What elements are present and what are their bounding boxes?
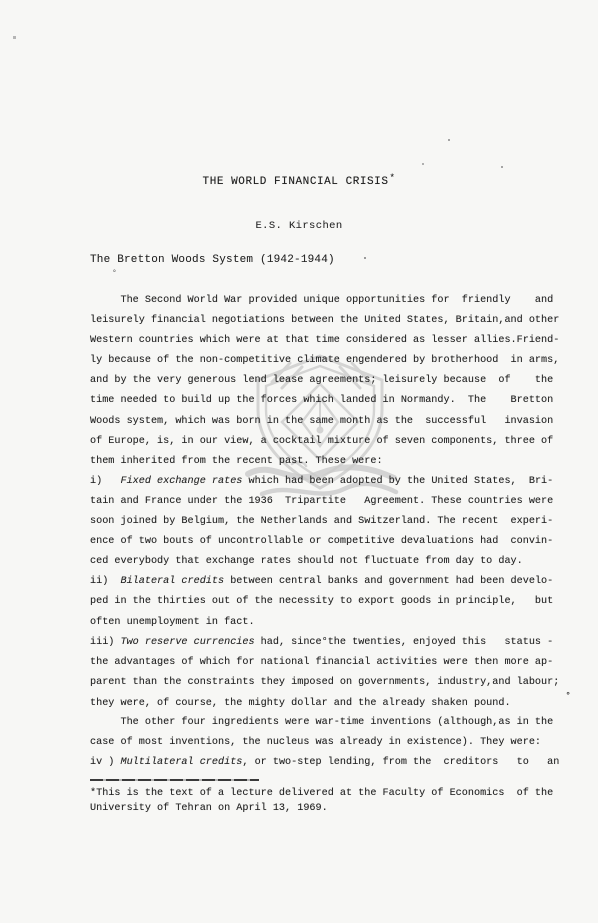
text-line: ence of two bouts of uncontrollable or c… xyxy=(90,532,576,552)
scan-speck xyxy=(364,257,366,259)
body-text: The Second World War provided unique opp… xyxy=(90,291,576,773)
scan-speck xyxy=(448,139,450,141)
text-line: ced everybody that exchange rates should… xyxy=(90,552,576,572)
footnote: *This is the text of a lecture delivered… xyxy=(90,786,576,817)
text-line: tain and France under the 1936 Tripartit… xyxy=(90,492,576,512)
text-line: case of most inventions, the nucleus was… xyxy=(90,733,576,753)
text-line: ly because of the non-competitive climat… xyxy=(90,351,576,371)
text-line: often unemployment in fact. xyxy=(90,613,576,633)
text-line: of Europe, is, in our view, a cocktail m… xyxy=(90,432,576,452)
text-line: them inherited from the recent past. The… xyxy=(90,452,576,472)
text-line: The other four ingredients were war-time… xyxy=(90,713,576,733)
paper-title-text: THE WORLD FINANCIAL CRISIS xyxy=(203,176,389,188)
text-line: iv ) Multilateral credits, or two-step l… xyxy=(90,753,576,773)
footnote-line: *This is the text of a lecture delivered… xyxy=(90,786,576,801)
text-line: the advantages of which for national fin… xyxy=(90,653,576,673)
text-line: parent than the constraints they imposed… xyxy=(90,673,576,693)
scan-speck xyxy=(501,166,503,168)
footnote-divider-rule xyxy=(90,779,259,781)
text-line: i) Fixed exchange rates which had been a… xyxy=(90,472,576,492)
scan-speck xyxy=(422,163,424,165)
text-line: they were, of course, the mighty dollar … xyxy=(90,693,576,713)
text-line: ii) Bilateral credits between central ba… xyxy=(90,572,576,592)
text-line: leisurely financial negotiations between… xyxy=(90,311,576,331)
author-name: E.S. Kirschen xyxy=(0,220,598,232)
footnote-line: University of Tehran on April 13, 1969. xyxy=(90,801,576,816)
text-line: Woods system, which was born in the same… xyxy=(90,412,576,432)
text-line: ped in the thirties out of the necessity… xyxy=(90,592,576,612)
scanned-document-page: THE WORLD FINANCIAL CRISIS* E.S. Kirsche… xyxy=(0,0,598,923)
text-line: The Second World War provided unique opp… xyxy=(90,291,576,311)
text-line: time needed to build up the forces which… xyxy=(90,391,576,411)
text-line: Western countries which were at that tim… xyxy=(90,331,576,351)
footnote-asterisk-marker: * xyxy=(389,173,395,183)
paper-title: THE WORLD FINANCIAL CRISIS* xyxy=(0,176,598,188)
section-heading: The Bretton Woods System (1942-1944) xyxy=(90,254,335,266)
text-line: and by the very generous lend lease agre… xyxy=(90,371,576,391)
stray-typed-mark: ° xyxy=(112,269,117,278)
text-line: iii) Two reserve currencies had, since°t… xyxy=(90,633,576,653)
text-line: soon joined by Belgium, the Netherlands … xyxy=(90,512,576,532)
scan-speck xyxy=(13,36,16,39)
scan-speck xyxy=(505,639,507,641)
